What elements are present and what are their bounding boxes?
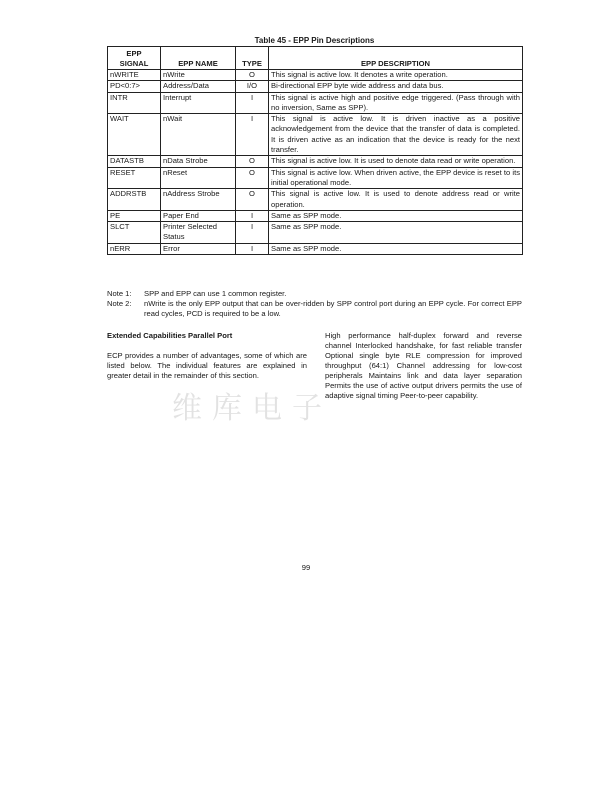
name-cell: nWait [161, 114, 236, 156]
type-cell: I [236, 222, 269, 244]
description-cell: This signal is active low. It denotes a … [269, 70, 523, 81]
table-row: nERRErrorISame as SPP mode. [108, 243, 523, 254]
type-cell: I [236, 210, 269, 221]
table-row: WAITnWaitIThis signal is active low. It … [108, 114, 523, 156]
type-cell: O [236, 156, 269, 167]
description-cell: This signal is active high and positive … [269, 92, 523, 114]
signal-cell: SLCT [108, 222, 161, 244]
signal-cell: PE [108, 210, 161, 221]
table-row: PEPaper EndISame as SPP mode. [108, 210, 523, 221]
signal-cell: ADDRSTB [108, 189, 161, 211]
name-cell: nWrite [161, 70, 236, 81]
note-1: Note 1: SPP and EPP can use 1 common reg… [107, 289, 522, 299]
name-cell: Paper End [161, 210, 236, 221]
left-column: Extended Capabilities Parallel Port ECP … [107, 331, 307, 381]
table-row: SLCTPrinter Selected StatusISame as SPP … [108, 222, 523, 244]
right-column-paragraph: High performance half-duplex forward and… [325, 331, 522, 401]
description-cell: Bi-directional EPP byte wide address and… [269, 81, 523, 92]
description-cell: Same as SPP mode. [269, 210, 523, 221]
name-cell: nAddress Strobe [161, 189, 236, 211]
type-cell: I [236, 243, 269, 254]
type-cell: I [236, 92, 269, 114]
notes: Note 1: SPP and EPP can use 1 common reg… [107, 289, 522, 319]
table-row: INTRInterruptIThis signal is active high… [108, 92, 523, 114]
header-signal: EPPSIGNAL [108, 47, 161, 70]
section-heading: Extended Capabilities Parallel Port [107, 331, 307, 341]
page-number: 99 [0, 563, 612, 572]
name-cell: Address/Data [161, 81, 236, 92]
header-name: EPP NAME [161, 47, 236, 70]
signal-cell: DATASTB [108, 156, 161, 167]
signal-cell: RESET [108, 167, 161, 189]
table-row: RESETnResetOThis signal is active low. W… [108, 167, 523, 189]
description-cell: Same as SPP mode. [269, 243, 523, 254]
type-cell: O [236, 167, 269, 189]
table-row: PD<0:7>Address/DataI/OBi-directional EPP… [108, 81, 523, 92]
signal-cell: WAIT [108, 114, 161, 156]
name-cell: Printer Selected Status [161, 222, 236, 244]
description-cell: This signal is active low. When driven a… [269, 167, 523, 189]
signal-cell: PD<0:7> [108, 81, 161, 92]
name-cell: nData Strobe [161, 156, 236, 167]
table-header-row: EPPSIGNAL EPP NAME TYPE EPP DESCRIPTION [108, 47, 523, 70]
intro-paragraph: ECP provides a number of advantages, som… [107, 351, 307, 381]
table-title: Table 45 - EPP Pin Descriptions [107, 36, 522, 46]
name-cell: Error [161, 243, 236, 254]
name-cell: Interrupt [161, 92, 236, 114]
type-cell: I/O [236, 81, 269, 92]
signal-cell: nERR [108, 243, 161, 254]
description-cell: This signal is active low. It is used to… [269, 189, 523, 211]
description-cell: Same as SPP mode. [269, 222, 523, 244]
watermark: 维库电子 [172, 383, 332, 427]
header-description: EPP DESCRIPTION [269, 47, 523, 70]
signal-cell: INTR [108, 92, 161, 114]
type-cell: I [236, 114, 269, 156]
table-body: nWRITEnWriteOThis signal is active low. … [108, 70, 523, 255]
signal-cell: nWRITE [108, 70, 161, 81]
type-cell: O [236, 189, 269, 211]
header-type: TYPE [236, 47, 269, 70]
description-cell: This signal is active low. It is used to… [269, 156, 523, 167]
table-row: nWRITEnWriteOThis signal is active low. … [108, 70, 523, 81]
document-page: Table 45 - EPP Pin Descriptions EPPSIGNA… [0, 0, 612, 792]
type-cell: O [236, 70, 269, 81]
note-2: Note 2: nWrite is the only EPP output th… [107, 299, 522, 319]
epp-pin-table: EPPSIGNAL EPP NAME TYPE EPP DESCRIPTION … [107, 46, 523, 255]
table-row: DATASTBnData StrobeOThis signal is activ… [108, 156, 523, 167]
table-row: ADDRSTBnAddress StrobeOThis signal is ac… [108, 189, 523, 211]
description-cell: This signal is active low. It is driven … [269, 114, 523, 156]
name-cell: nReset [161, 167, 236, 189]
